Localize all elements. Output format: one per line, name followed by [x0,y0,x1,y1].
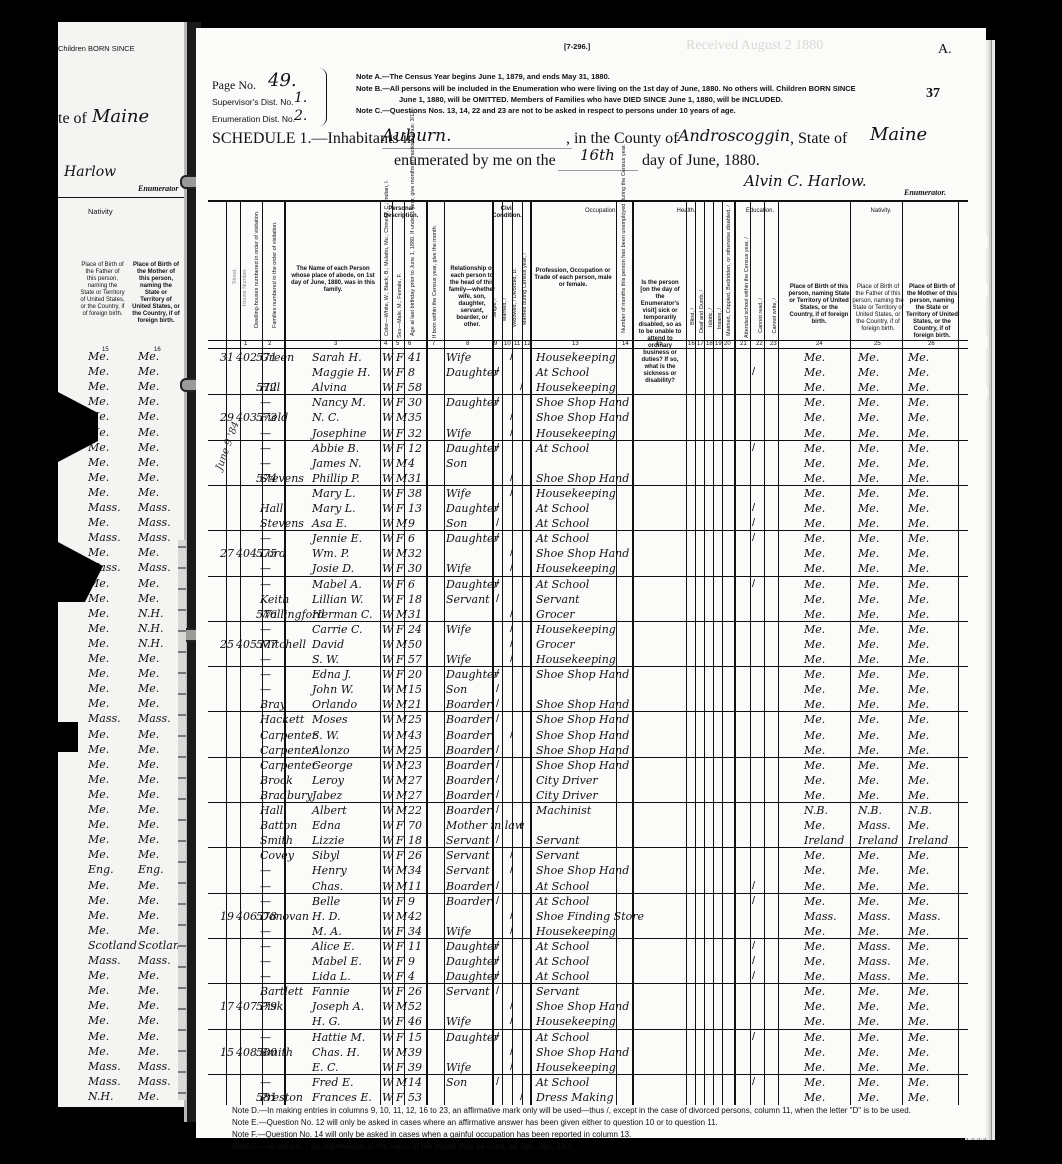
cell-bm: Me. [908,788,929,803]
enumerated-label: enumerated by me on the [394,152,556,170]
left-enumerator-label: Enumerator [138,184,178,193]
left-nativity-cell: N.H. [88,1090,114,1103]
left-nativity-cell: Eng. [88,863,114,876]
cell-occ: At School [536,939,589,954]
cell-surname: — [260,577,271,592]
cell-rel: Boarder [446,712,491,727]
cell-rel: Boarder [446,758,491,773]
cell-occ: At School [536,441,589,456]
census-row: 31402571GreenSarah H.WF41Wife/Housekeepi… [196,350,986,365]
left-nativity-cell: Mass. [138,712,171,725]
left-nativity-cell: Me. [138,426,159,439]
cell-bf: Me. [858,1090,879,1105]
cell-bf: Me. [858,1045,879,1060]
cell-age: 14 [408,1075,422,1090]
cell-occ: Dress Making [536,1090,614,1105]
left-nativity-cell: Me. [88,622,109,635]
left-nativity-cell: Me. [88,743,109,756]
cell-bm: Me. [908,758,929,773]
cell-surname: — [260,426,271,441]
cell-rel: Daughter [446,531,499,546]
cell-bm: Me. [908,924,929,939]
cell-b: Me. [804,1045,825,1060]
cell-surname: — [260,441,271,456]
cell-bm: Me. [908,818,929,833]
cell-bm: Me. [908,1030,929,1045]
enumerator-label: Enumerator. [904,188,946,197]
left-nativity-cell: Me. [88,728,109,741]
cell-bf: Me. [858,984,879,999]
census-row: H. G.WF46Wife/HousekeepingMe.Me.Me. [196,1014,986,1029]
cell-b: Me. [804,607,825,622]
cell-bf: Me. [858,622,879,637]
cell-bm: Me. [908,1090,929,1105]
cell-b: Me. [804,879,825,894]
cell-color: W [382,848,393,863]
cell-color: W [382,924,393,939]
census-row: StevensAsa E.WM9Son/At School/Me.Me.Me. [196,516,986,531]
cell-given: S. W. [312,652,339,667]
cell-surname: — [260,1075,271,1090]
cell-street: 29 [220,410,234,425]
census-row: —Mabel E.WF9Daughter/At School/Me.Mass.M… [196,954,986,969]
left-nativity-cell: Me. [138,833,159,846]
census-row: Maggie H.WF8Daughter/At School/Me.Me.Me. [196,365,986,380]
left-nativity-cell: Me. [88,456,109,469]
cell-bm: Me. [908,350,929,365]
left-nativity-cell: Me. [138,1030,159,1043]
cell-given: H. D. [312,909,341,924]
cell-b: Me. [804,410,825,425]
cell-age: 50 [408,637,422,652]
cell-given: Orlando [312,697,357,712]
cell-bf: Me. [858,924,879,939]
cell-single: / [496,697,499,712]
cell-b: Mass. [804,909,837,924]
cell-single: / [496,773,499,788]
cell-house: 403 [236,410,257,425]
cell-color: W [382,712,393,727]
census-row: E. C.WF39Wife/HousekeepingMe.Me.Me. [196,1060,986,1075]
cell-married: / [510,728,513,743]
day-field: 16th [580,146,615,164]
cell-given: Mary L. [312,486,356,501]
cell-single: / [496,682,499,697]
cell-bf: Me. [858,380,879,395]
cell-bf: Mass. [858,818,891,833]
cell-bm: Me. [908,667,929,682]
cell-sex: F [396,365,404,380]
cell-surname: Hackett [260,712,304,727]
cell-married: / [510,924,513,939]
left-nativity-cell: Me. [138,984,159,997]
left-nativity-cell: Me. [138,546,159,559]
census-page: [7-296.] Received August 2 1880 A. 37 Pa… [196,28,986,1138]
cell-single: / [496,984,499,999]
cell-rel: Boarder [446,894,491,909]
cell-given: Josephine [312,426,366,441]
cell-surname: Donovan [260,909,309,924]
cell-b: Me. [804,939,825,954]
left-nativity-cell: Me. [88,924,109,937]
cell-rel: Wife [446,350,471,365]
cell-given: Mary L. [312,501,356,516]
cell-bm: Mass. [908,909,941,924]
cell-given: Lillian W. [312,592,363,607]
cell-bf: Mass. [858,909,891,924]
sheet-number: 37 [926,86,940,102]
cell-street: 27 [220,546,234,561]
cell-color: W [382,667,393,682]
cell-b: Me. [804,637,825,652]
cell-given: Chas. H. [312,1045,360,1060]
cell-house: 404 [236,546,257,561]
cell-color: W [382,652,393,667]
cell-age: 8 [408,365,415,380]
cell-surname: Preston [260,1090,303,1105]
left-nativity-cell: N.H. [138,637,164,650]
left-nativity-cell: Me. [138,667,159,680]
cell-age: 57 [408,652,422,667]
census-row: BradburyJabezWM27Boarder/City DriverMe.M… [196,788,986,803]
cell-rel: Wife [446,561,471,576]
cell-occ: Housekeeping [536,426,616,441]
cell-school: / [752,441,755,456]
cell-surname: Carpenter [260,728,317,743]
census-row: 574StevensPhillip P.WM31/Shoe Shop HandM… [196,471,986,486]
cell-sex: F [396,894,404,909]
cell-b: Me. [804,773,825,788]
cell-occ: Housekeeping [536,652,616,667]
cell-married: / [510,999,513,1014]
left-nativity-cell: Me. [138,456,159,469]
cell-married: / [510,652,513,667]
cell-surname: Smith [260,833,293,848]
cell-single: / [496,939,499,954]
cell-married: / [510,486,513,501]
cell-rel: Wife [446,426,471,441]
left-nativity-cell: Me. [138,441,159,454]
cell-age: 9 [408,516,415,531]
cell-sex: F [396,954,404,969]
census-row: —Lida L.WF4Daughter/At School/Me.Mass.Me… [196,969,986,984]
left-nativity-cell: Mass. [138,954,171,967]
census-row: CarpenterAlonzoWM25Boarder/Shoe Shop Han… [196,743,986,758]
cell-surname: Carpenter [260,743,317,758]
left-nativity-cell: Me. [138,1045,159,1058]
cell-bf: Me. [858,999,879,1014]
cell-bf: Mass. [858,939,891,954]
left-nativity-cell: Me. [88,667,109,680]
cell-color: W [382,1090,393,1105]
cell-color: W [382,577,393,592]
cell-occ: Shoe Shop Hand [536,728,629,743]
cell-b: Me. [804,924,825,939]
left-col-header-15: Place of Birth of the Father of this per… [80,262,125,318]
cell-age: 18 [408,833,422,848]
cell-b: Me. [804,441,825,456]
cell-bm: Me. [908,1045,929,1060]
cell-sex: M [396,879,407,894]
cell-surname: Lord [260,546,286,561]
cell-married: / [510,350,513,365]
cell-married: / [510,561,513,576]
cell-color: W [382,803,393,818]
cell-color: W [382,426,393,441]
cell-sex: M [396,758,407,773]
left-nativity-cell: N.H. [138,622,164,635]
cell-surname: Bray [260,697,286,712]
cell-house: 408 [236,1045,257,1060]
cell-sex: F [396,486,404,501]
left-nativity-cell: Me. [138,486,159,499]
cell-sex: M [396,607,407,622]
cell-b: Me. [804,350,825,365]
cell-bm: Me. [908,471,929,486]
cell-rel: Boarder [446,743,491,758]
cell-surname: — [260,954,271,969]
left-nativity-cell: Mass. [138,561,171,574]
cell-surname: Hall [260,501,283,516]
cell-b: Me. [804,818,825,833]
census-row: —Carrie C.WF24Wife/HousekeepingMe.Me.Me. [196,622,986,637]
page-no-label: Page No. [212,78,256,93]
census-row: 576WallingfordHerman C.WM31/GrocerMe.Me.… [196,607,986,622]
cell-bm: Me. [908,577,929,592]
cell-b: Me. [804,667,825,682]
cell-age: 25 [408,743,422,758]
cell-age: 35 [408,410,422,425]
cell-bf: Me. [858,350,879,365]
cell-rel: Daughter [446,1030,499,1045]
cell-sex: F [396,848,404,863]
cell-given: Nancy M. [312,395,366,410]
cell-surname: — [260,395,271,410]
cell-sex: M [396,1045,407,1060]
cell-married: / [510,622,513,637]
cell-sex: F [396,577,404,592]
cell-b: Me. [804,486,825,501]
census-row: 19406578DonovanH. D.WM42/Shoe Finding St… [196,909,986,924]
cell-b: Me. [804,456,825,471]
cell-given: Edna [312,818,341,833]
cell-surname: — [260,924,271,939]
left-nativity-cell: Me. [88,486,109,499]
cell-color: W [382,486,393,501]
cell-color: W [382,1060,393,1075]
cell-single: / [496,894,499,909]
census-row: —Nancy M.WF30Daughter/Shoe Shop HandMe.M… [196,395,986,410]
cell-given: George [312,758,353,773]
cell-street: 15 [220,1045,234,1060]
cell-color: W [382,395,393,410]
cell-b: Me. [804,743,825,758]
cell-school: / [752,1030,755,1045]
cell-occ: Housekeeping [536,924,616,939]
cell-school: / [752,879,755,894]
cell-sex: F [396,531,404,546]
cell-sex: M [396,909,407,924]
left-nativity-cell: Mass. [88,1060,121,1073]
line-number-ruler [178,540,186,1100]
cell-age: 52 [408,999,422,1014]
cell-color: W [382,1075,393,1090]
cell-given: M. A. [312,924,342,939]
cell-married: / [510,1060,513,1075]
cell-bm: Me. [908,954,929,969]
left-nativity-cell: Me. [138,758,159,771]
enumerator-signature: Alvin C. Harlow. [744,172,867,190]
left-nativity-cell: Me. [88,395,109,408]
cell-house: 407 [236,999,257,1014]
cell-rel: Daughter [446,939,499,954]
cell-age: 42 [408,909,422,924]
cell-married: / [510,410,513,425]
cell-b: Me. [804,1075,825,1090]
cell-single: / [496,365,499,380]
cell-rel: Daughter [446,667,499,682]
census-row: HallMary L.WF13Daughter/At School/Me.Me.… [196,501,986,516]
cell-b: Me. [804,788,825,803]
census-row: —James N.WM4SonMe.Me.Me. [196,456,986,471]
cell-given: E. C. [312,1060,339,1075]
col-header-name: The Name of each Person whose place of a… [288,266,378,294]
cell-bf: Me. [858,577,879,592]
cell-single: / [496,879,499,894]
cell-color: W [382,863,393,878]
cell-color: W [382,441,393,456]
cell-given: Frances E. [312,1090,372,1105]
enumeration-label: Enumeration Dist. No. [212,114,295,124]
cell-school: / [752,501,755,516]
left-nativity-cell: Me. [88,879,109,892]
cell-sex: F [396,984,404,999]
left-nativity-cell: Me. [88,969,109,982]
cell-age: 23 [408,758,422,773]
left-nativity-cell: Me. [138,788,159,801]
cell-sex: F [396,441,404,456]
cell-school: / [752,365,755,380]
census-row: HallAlbertWM22Boarder/MachinistN.B.N.B.N… [196,803,986,818]
cell-occ: Shoe Shop Hand [536,863,629,878]
cell-sex: F [396,652,404,667]
cell-b: Me. [804,501,825,516]
cell-occ: Servant [536,833,580,848]
cell-school: / [752,954,755,969]
left-nativity-cell: Me. [138,1014,159,1027]
cell-age: 6 [408,531,415,546]
sheet-letter: A. [938,42,952,58]
left-nativity-cell: Me. [138,803,159,816]
left-nativity-cell: Me. [88,516,109,529]
cell-given: Lizzie [312,833,344,848]
cell-age: 58 [408,380,422,395]
cell-school: / [752,516,755,531]
cell-occ: Shoe Shop Hand [536,743,629,758]
cell-age: 27 [408,773,422,788]
cell-occ: Grocer [536,607,575,622]
left-nativity-cell: Me. [88,365,109,378]
cell-bf: Me. [858,728,879,743]
cell-rel: Servant [446,848,490,863]
cell-sex: M [396,1075,407,1090]
left-nativity-cell: Me. [88,471,109,484]
left-nativity-cell: Scotland [88,939,137,952]
cell-married: / [510,909,513,924]
cell-sex: F [396,833,404,848]
cell-sex: M [396,682,407,697]
cell-given: Mabel E. [312,954,362,969]
cell-bf: Me. [858,1030,879,1045]
census-row: —HenryWM34Servant/Shoe Shop HandMe.Me.Me… [196,863,986,878]
cell-single: / [496,969,499,984]
left-nativity-cell: Me. [138,848,159,861]
cell-street: 19 [220,909,234,924]
left-header-fragment: Children BORN SINCE [58,44,135,53]
cell-bm: Me. [908,516,929,531]
cell-b: Me. [804,848,825,863]
census-row: KeithLillian W.WF18Servant/ServantMe.Me.… [196,592,986,607]
cell-given: Alonzo [312,743,350,758]
cell-age: 39 [408,1060,422,1075]
cell-occ: At School [536,365,589,380]
cell-surname: — [260,652,271,667]
cell-sex: F [396,501,404,516]
cell-bf: Me. [858,863,879,878]
cell-occ: Shoe Shop Hand [536,712,629,727]
supervisor-no: 1. [294,90,307,106]
cell-bf: Me. [858,471,879,486]
cell-sex: M [396,516,407,531]
cell-bf: Me. [858,1075,879,1090]
cell-married: / [510,471,513,486]
cell-bf: Me. [858,652,879,667]
cell-surname: Stevens [260,471,304,486]
cell-age: 9 [408,954,415,969]
left-nativity-cell: Me. [88,803,109,816]
cell-color: W [382,954,393,969]
cell-sex: M [396,410,407,425]
cell-sex: M [396,697,407,712]
cell-b: Me. [804,758,825,773]
cell-given: Mabel A. [312,577,362,592]
cell-color: W [382,607,393,622]
left-nativity-cell: Mass. [88,712,121,725]
cell-age: 43 [408,728,422,743]
cell-sex: F [396,426,404,441]
cell-bm: Me. [908,682,929,697]
cell-color: W [382,758,393,773]
cell-given: Wm. P. [312,546,349,561]
cell-given: Leroy [312,773,344,788]
cell-house: 405 [236,637,257,652]
census-row: BattonEdnaWF70Mother in law/Me.Mass.Me. [196,818,986,833]
cell-surname: Keith [260,592,289,607]
cell-bm: Me. [908,1060,929,1075]
cell-b: Me. [804,395,825,410]
cell-bm: Me. [908,410,929,425]
cell-sex: M [396,803,407,818]
cell-rel: Wife [446,622,471,637]
cell-school: / [752,577,755,592]
left-nativity-cell: Me. [88,1030,109,1043]
cell-surname: — [260,561,271,576]
cell-rel: Boarder [446,728,491,743]
cell-age: 20 [408,667,422,682]
cell-bf: Me. [858,1060,879,1075]
left-nativity-cell: Mass. [88,531,121,544]
left-nativity-cell: Mass. [138,531,171,544]
